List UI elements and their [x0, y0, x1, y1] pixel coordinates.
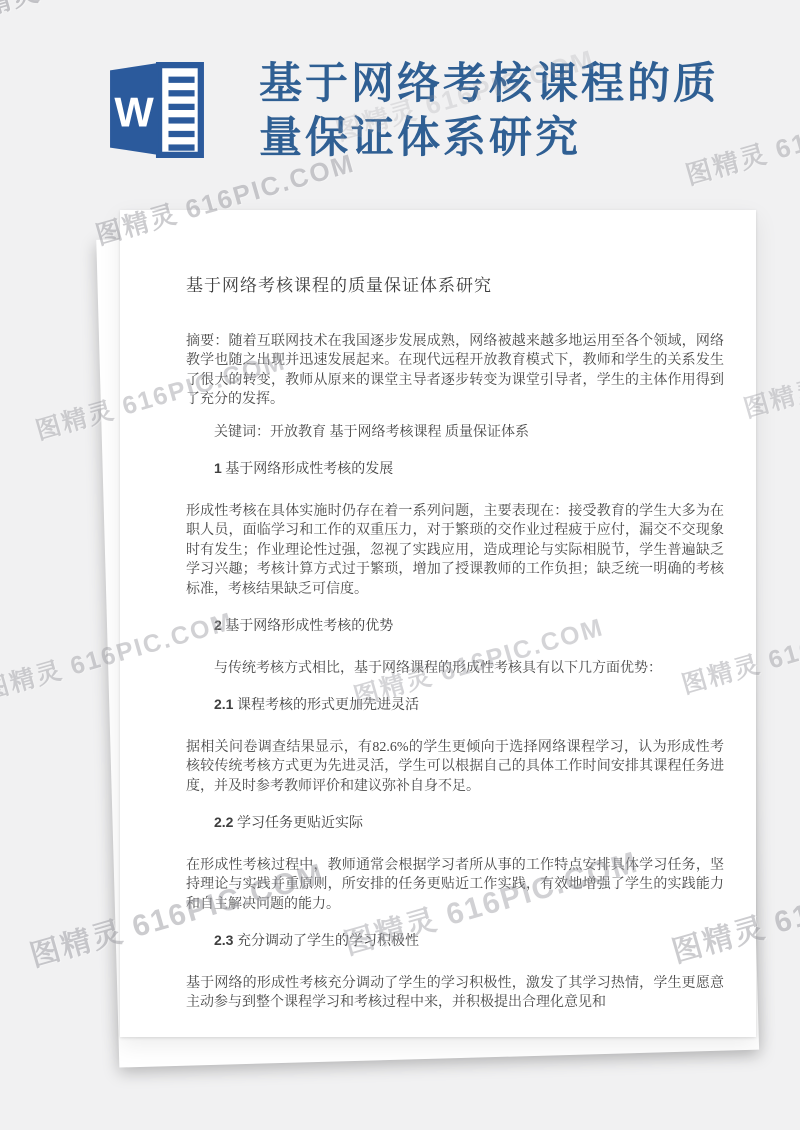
- doc-paragraph: 与传统考核方式相比，基于网络课程的形成性考核具有以下几方面优势：: [186, 659, 724, 679]
- word-icon-letter: W: [114, 89, 154, 136]
- doc-paragraph: 形成性考核在具体实施时仍存在着一系列问题，主要表现在：接受教育的学生大多为在职人…: [186, 502, 724, 600]
- doc-paragraph: 在形成性考核过程中，教师通常会根据学习者所从事的工作特点安排具体学习任务，坚持理…: [186, 856, 724, 915]
- doc-heading: 2.1 课程考核的形式更加先进灵活: [186, 695, 724, 716]
- page-background: W 基于网络考核课程的质 量保证体系研究 基于网络考核课程的质量保证体系研究 摘…: [0, 0, 800, 1130]
- doc-heading: 2.2 学习任务更贴近实际: [186, 813, 724, 834]
- doc-heading: 2 基于网络形成性考核的优势: [186, 616, 724, 637]
- page-title-line-2: 量保证体系研究: [259, 112, 739, 166]
- doc-paragraph: 据相关问卷调查结果显示，有82.6%的学生更倾向于选择网络课程学习，认为形成性考…: [186, 738, 724, 797]
- document-sheet: 基于网络考核课程的质量保证体系研究 摘要：随着互联网技术在我国逐步发展成熟，网络…: [120, 210, 756, 1037]
- document-content: 基于网络考核课程的质量保证体系研究 摘要：随着互联网技术在我国逐步发展成熟，网络…: [120, 210, 756, 1013]
- doc-body: 摘要：随着互联网技术在我国逐步发展成熟，网络被越来越多地运用至各个领域，网络教学…: [186, 332, 724, 1013]
- doc-heading: 2.3 充分调动了学生的学习积极性: [186, 931, 724, 952]
- doc-paragraph: 关键词：开放教育 基于网络考核课程 质量保证体系: [186, 423, 724, 443]
- watermark: 图精灵 616PIC.COM: [0, 0, 221, 30]
- page-title-line-1: 基于网络考核课程的质: [259, 58, 739, 112]
- doc-paragraph: 基于网络的形成性考核充分调动了学生的学习积极性，激发了其学习热情，学生更愿意主动…: [186, 974, 724, 1013]
- doc-paragraph: 摘要：随着互联网技术在我国逐步发展成熟，网络被越来越多地运用至各个领域，网络教学…: [186, 332, 724, 410]
- page-title: 基于网络考核课程的质 量保证体系研究: [259, 58, 739, 166]
- doc-title: 基于网络考核课程的质量保证体系研究: [186, 276, 724, 296]
- doc-heading: 1 基于网络形成性考核的发展: [186, 459, 724, 480]
- word-document-icon: W: [110, 62, 204, 158]
